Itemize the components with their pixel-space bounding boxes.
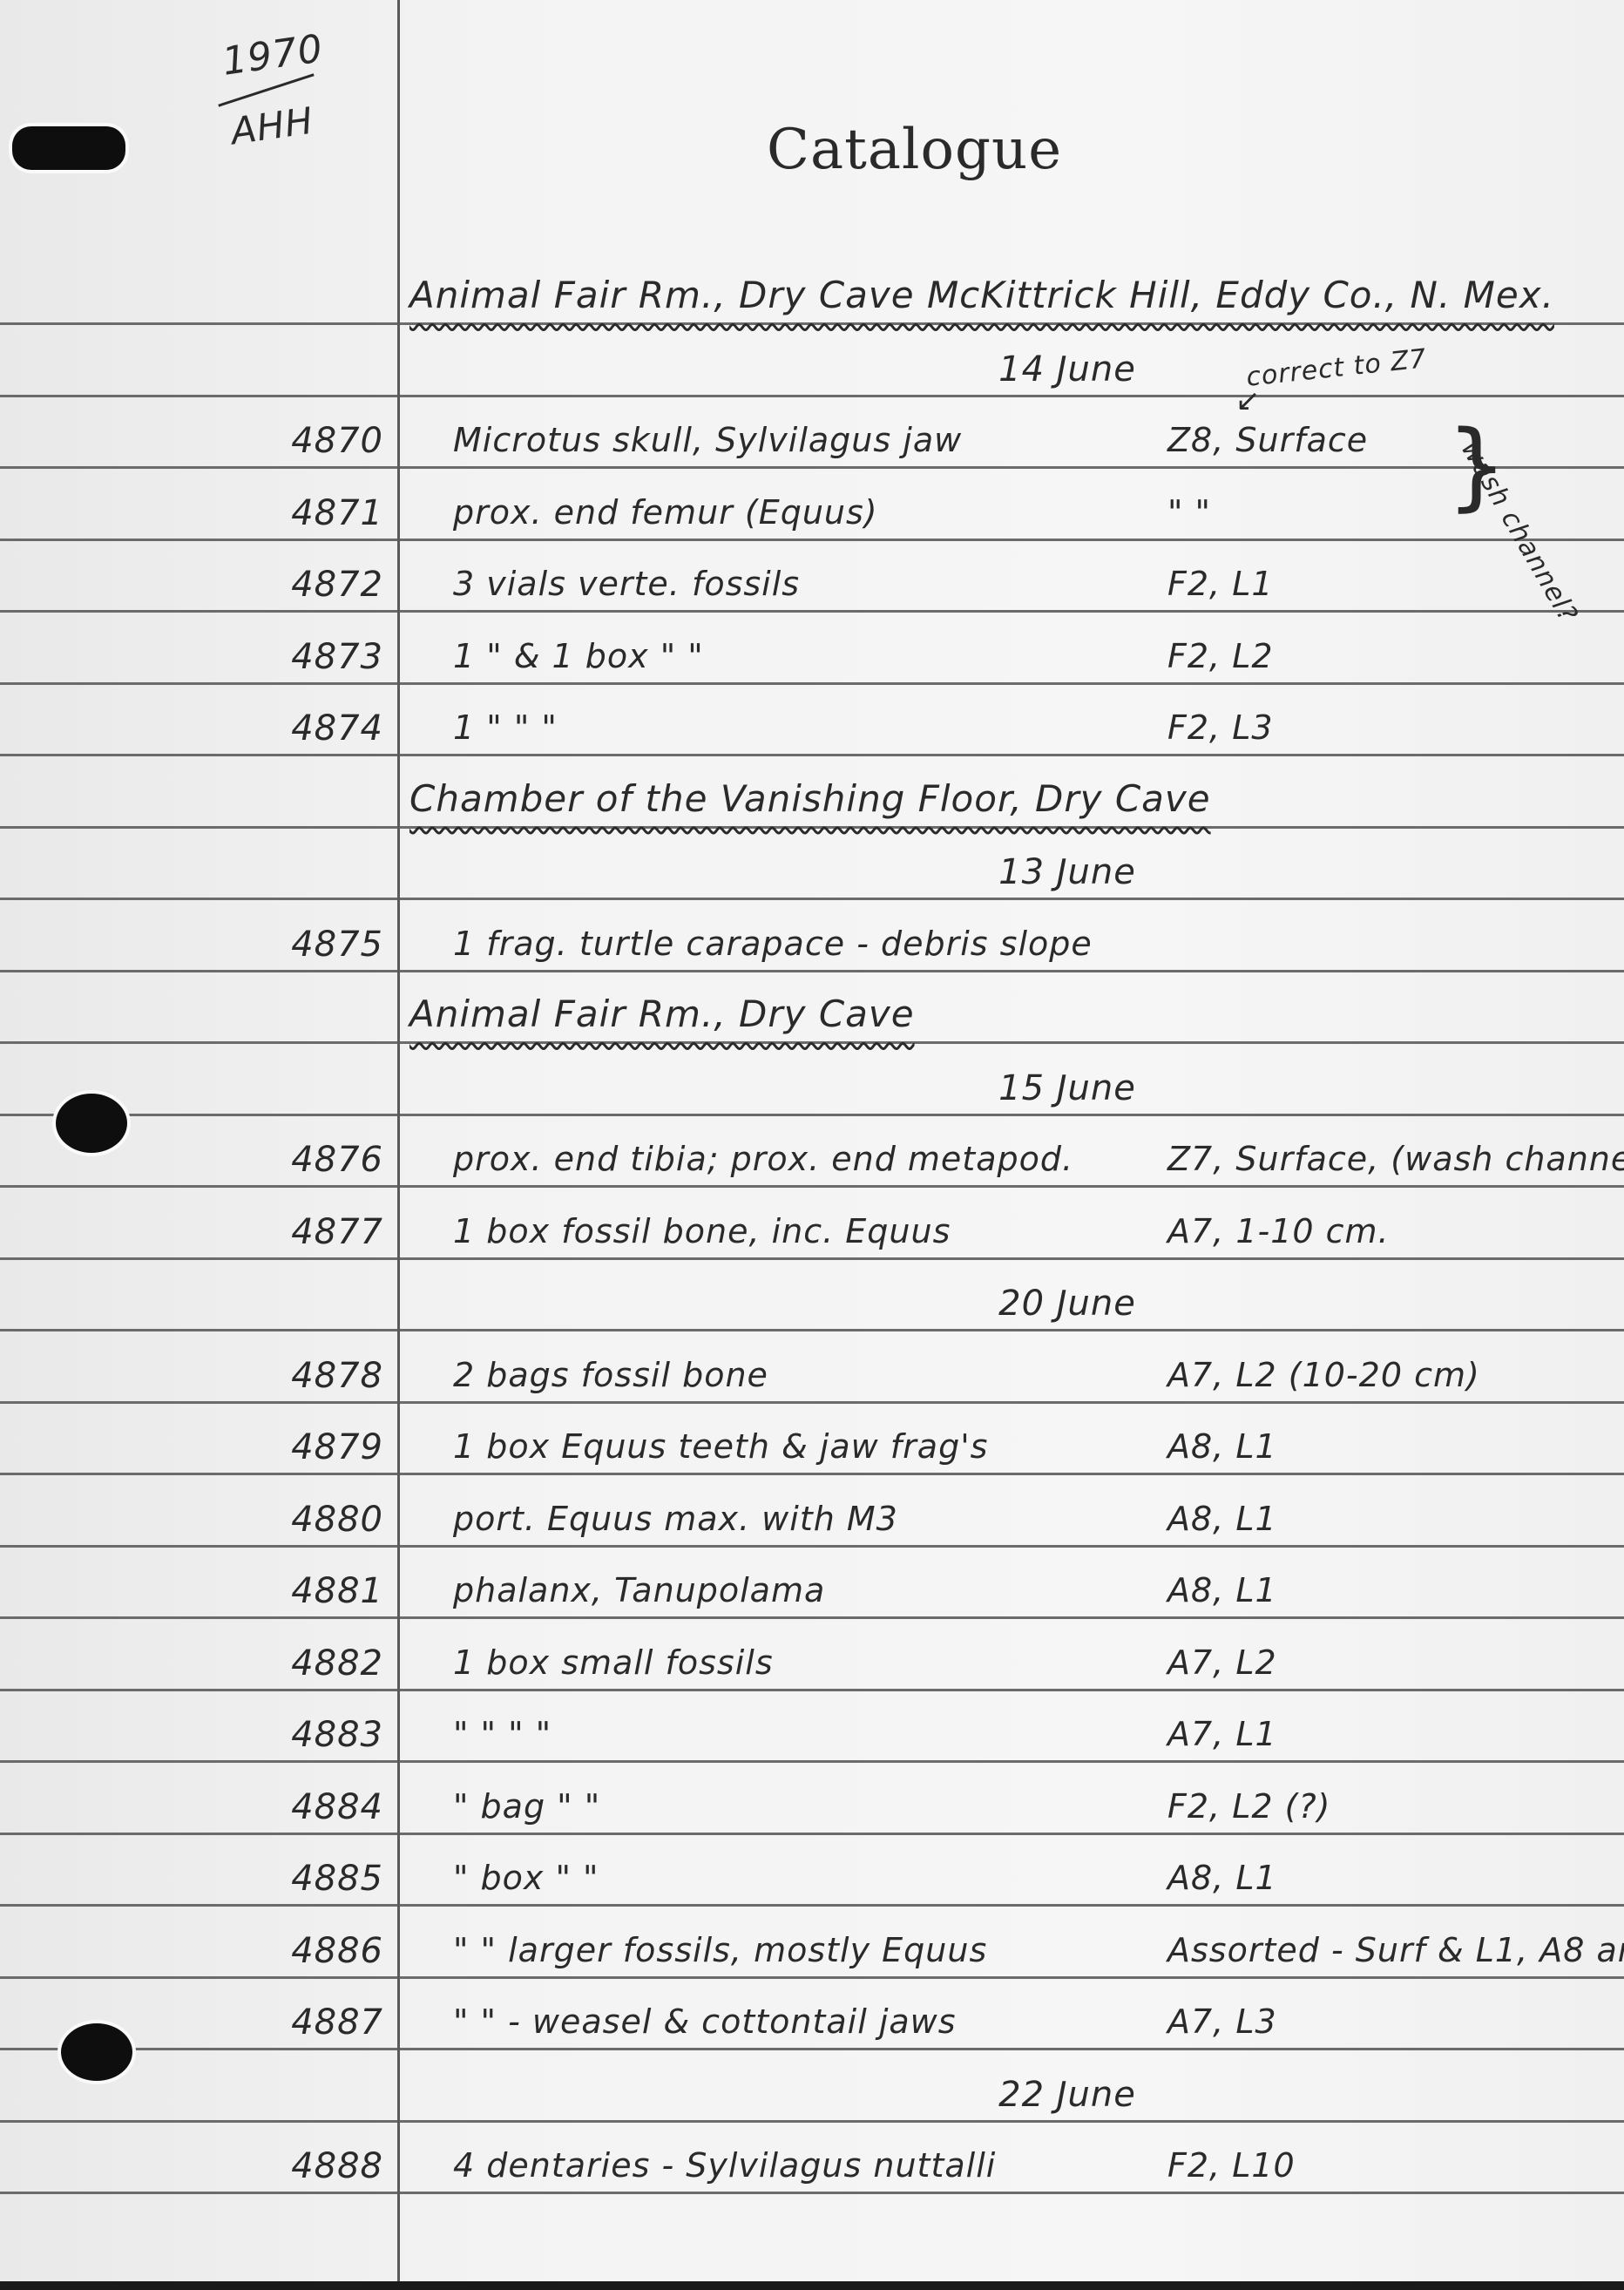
provenance: Z7, Surface, (wash channel?): [1167, 1140, 1624, 1178]
provenance: " ": [1167, 493, 1211, 532]
specimen-description: 1 box Equus teeth & jaw frag's: [453, 1427, 988, 1466]
ruled-line: [0, 322, 1624, 325]
provenance: A7, L2 (10-20 cm): [1167, 1356, 1480, 1394]
ruled-line: [0, 2048, 1624, 2050]
catalogue-number: 4881: [253, 1571, 383, 1611]
catalogue-number: 4873: [253, 637, 383, 677]
ruled-line: [0, 1185, 1624, 1188]
provenance: A8, L1: [1167, 1427, 1277, 1466]
specimen-description: 1 " & 1 box " ": [453, 637, 704, 675]
catalogue-number: 4885: [253, 1859, 383, 1899]
catalogue-number: 4871: [253, 493, 383, 533]
catalogue-number: 4887: [253, 2002, 383, 2043]
provenance: Assorted - Surf & L1, A8 area: [1167, 1931, 1624, 1969]
page-title: Catalogue: [767, 118, 1062, 182]
catalogue-number: 4882: [253, 1643, 383, 1684]
date-heading: 22 June: [0, 2075, 1624, 2115]
ruled-line: [0, 1329, 1624, 1331]
ruled-line: [0, 2192, 1624, 2194]
catalogue-number: 4872: [253, 565, 383, 605]
specimen-description: prox. end tibia; prox. end metapod.: [453, 1140, 1073, 1178]
provenance: F2, L3: [1167, 708, 1274, 747]
ruled-line: [0, 970, 1624, 972]
specimen-description: port. Equus max. with M3: [453, 1500, 898, 1538]
provenance: Z8, Surface: [1167, 421, 1368, 459]
catalogue-number: 4878: [253, 1356, 383, 1396]
specimen-description: " box " ": [453, 1859, 599, 1897]
catalogue-number: 4874: [253, 708, 383, 749]
provenance: A7, L1: [1167, 1715, 1277, 1753]
ruled-line: [0, 1545, 1624, 1548]
specimen-description: 1 box small fossils: [453, 1643, 774, 1682]
notebook-page: 1970 AHH Catalogue Animal Fair Rm., Dry …: [0, 0, 1624, 2283]
specimen-description: Microtus skull, Sylvilagus jaw: [453, 421, 962, 459]
specimen-description: prox. end femur (Equus): [453, 493, 878, 532]
ruled-line: [0, 1401, 1624, 1404]
provenance: A7, L3: [1167, 2002, 1277, 2041]
catalogue-number: 4877: [253, 1212, 383, 1252]
provenance: F2, L1: [1167, 565, 1274, 603]
specimen-description: 1 box fossil bone, inc. Equus: [453, 1212, 951, 1250]
specimen-description: " " " ": [453, 1715, 551, 1753]
catalogue-number: 4879: [253, 1427, 383, 1467]
provenance: A7, 1-10 cm.: [1167, 1212, 1390, 1250]
specimen-description: " " larger fossils, mostly Equus: [453, 1931, 987, 1969]
catalogue-number: 4884: [253, 1787, 383, 1827]
wash-channel-note: wash channel?: [1455, 436, 1584, 628]
ruled-line: [0, 1041, 1624, 1044]
ruled-line: [0, 754, 1624, 756]
binder-hole-top: [12, 126, 125, 170]
specimen-description: phalanx, Tanupolama: [453, 1571, 825, 1609]
binder-hole-bottom: [61, 2023, 132, 2081]
section-header: Animal Fair Rm., Dry Cave: [409, 993, 915, 1035]
provenance: A7, L2: [1167, 1643, 1277, 1682]
specimen-description: 2 bags fossil bone: [453, 1356, 768, 1394]
ruled-line: [0, 1904, 1624, 1907]
ruled-line: [0, 1760, 1624, 1763]
date-heading: 15 June: [0, 1068, 1624, 1108]
ruled-line: [0, 682, 1624, 685]
provenance: A8, L1: [1167, 1859, 1277, 1897]
specimen-description: " " - weasel & cottontail jaws: [453, 2002, 957, 2041]
corner-initials: AHH: [228, 99, 316, 153]
catalogue-number: 4888: [253, 2146, 383, 2186]
catalogue-number: 4883: [253, 1715, 383, 1755]
provenance: A8, L1: [1167, 1500, 1277, 1538]
ruled-line: [0, 1257, 1624, 1260]
ruled-line: [0, 2120, 1624, 2123]
catalogue-number: 4876: [253, 1140, 383, 1180]
section-header: Chamber of the Vanishing Floor, Dry Cave: [409, 777, 1211, 820]
specimen-description: 3 vials verte. fossils: [453, 565, 800, 603]
specimen-description: 1 frag. turtle carapace - debris slope: [453, 925, 1093, 963]
provenance: F2, L2: [1167, 637, 1274, 675]
date-heading: 20 June: [0, 1284, 1624, 1324]
ruled-line: [0, 826, 1624, 829]
provenance: F2, L2 (?): [1167, 1787, 1330, 1826]
provenance: F2, L10: [1167, 2146, 1296, 2185]
ruled-line: [0, 539, 1624, 541]
ruled-line: [0, 1976, 1624, 1979]
ruled-line: [0, 1114, 1624, 1116]
ruled-line: [0, 1833, 1624, 1835]
catalogue-number: 4880: [253, 1500, 383, 1540]
specimen-description: " bag " ": [453, 1787, 600, 1826]
catalogue-number: 4875: [253, 925, 383, 965]
specimen-description: 4 dentaries - Sylvilagus nuttalli: [453, 2146, 996, 2185]
ruled-line: [0, 898, 1624, 900]
provenance: A8, L1: [1167, 1571, 1277, 1609]
ruled-line: [0, 395, 1624, 397]
section-header: Animal Fair Rm., Dry Cave McKittrick Hil…: [409, 274, 1554, 316]
date-heading: 13 June: [0, 852, 1624, 892]
catalogue-number: 4870: [253, 421, 383, 461]
ruled-line: [0, 1689, 1624, 1691]
ruled-line: [0, 610, 1624, 613]
ruled-line: [0, 466, 1624, 469]
specimen-description: 1 " " ": [453, 708, 558, 747]
page-bottom-edge: [0, 2281, 1624, 2290]
ruled-line: [0, 1473, 1624, 1475]
catalogue-number: 4886: [253, 1931, 383, 1971]
ruled-line: [0, 1616, 1624, 1619]
margin-line: [397, 0, 400, 2283]
